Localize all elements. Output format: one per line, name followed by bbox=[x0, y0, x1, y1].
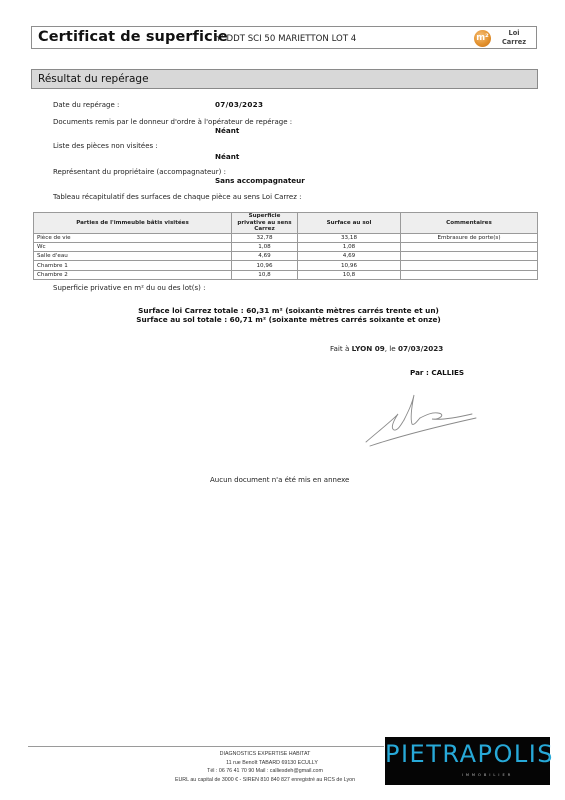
signature-icon bbox=[360, 390, 480, 450]
room-name: Chambre 2 bbox=[34, 270, 232, 279]
signature-place-date: Fait à LYON 09, le 07/03/2023 bbox=[330, 344, 443, 353]
comment-value: Embrasure de porte(s) bbox=[401, 233, 538, 242]
date-prefix: , le bbox=[385, 344, 398, 353]
header-sol: Surface au sol bbox=[298, 213, 401, 234]
certificate-number: n° DDT SCI 50 MARIETTON LOT 4 bbox=[214, 34, 356, 44]
logo-main-text: PIETRAPOLIS bbox=[385, 740, 550, 768]
footer-address: 11 rue Benoît TABARD 69130 ECULLY bbox=[150, 759, 380, 768]
table-row: Chambre 210,810,8 bbox=[34, 270, 538, 279]
footer-divider bbox=[28, 746, 384, 747]
room-name: Wc bbox=[34, 242, 232, 251]
badge-line-1: Loi bbox=[496, 29, 532, 38]
signer-name: Par : CALLIES bbox=[410, 368, 464, 377]
signature-city: LYON 09 bbox=[352, 344, 385, 353]
documents-label: Documents remis par le donneur d'ordre à… bbox=[53, 118, 292, 126]
table-header-row: Parties de l'immeuble bâtis visitées Sup… bbox=[34, 213, 538, 234]
room-name: Chambre 1 bbox=[34, 261, 232, 270]
carrez-value: 10,96 bbox=[232, 261, 298, 270]
document-title: Certificat de superficie bbox=[38, 29, 228, 45]
date-value: 07/03/2023 bbox=[215, 100, 263, 109]
sol-value: 10,96 bbox=[298, 261, 401, 270]
signature-date: 07/03/2023 bbox=[398, 344, 443, 353]
table-row: Pièce de vie32,7833,18Embrasure de porte… bbox=[34, 233, 538, 242]
footer-info: DIAGNOSTICS EXPERTISE HABITAT 11 rue Ben… bbox=[150, 750, 380, 784]
carrez-value: 10,8 bbox=[232, 270, 298, 279]
header-carrez: Superficie privative au sens Carrez bbox=[232, 213, 298, 234]
room-name: Pièce de vie bbox=[34, 233, 232, 242]
certificate-header: Certificat de superficie n° DDT SCI 50 M… bbox=[31, 26, 537, 49]
documents-value: Néant bbox=[215, 126, 239, 135]
badge-line-2: Carrez bbox=[496, 38, 532, 47]
sol-value: 4,69 bbox=[298, 252, 401, 261]
section-title: Résultat du repérage bbox=[38, 73, 149, 85]
non-visited-label: Liste des pièces non visitées : bbox=[53, 142, 158, 150]
date-label: Date du repérage : bbox=[53, 101, 119, 109]
header-commentaires: Commentaires bbox=[401, 213, 538, 234]
annex-note: Aucun document n'a été mis en annexe bbox=[210, 476, 349, 484]
non-visited-value: Néant bbox=[215, 152, 239, 161]
carrez-value: 1,08 bbox=[232, 242, 298, 251]
sol-value: 1,08 bbox=[298, 242, 401, 251]
representative-label: Représentant du propriétaire (accompagna… bbox=[53, 168, 226, 176]
representative-value: Sans accompagnateur bbox=[215, 176, 305, 185]
header-parties: Parties de l'immeuble bâtis visitées bbox=[34, 213, 232, 234]
table-row: Salle d'eau4,694,69 bbox=[34, 252, 538, 261]
footer-contact: Tél : 06 76 41 70 90 Mail : calliesdeh@g… bbox=[150, 767, 380, 776]
footer-legal: EURL au capital de 3000 € - SIREN 810 84… bbox=[150, 776, 380, 785]
sol-value: 33,18 bbox=[298, 233, 401, 242]
total-sol-wrap: Surface au sol totale : 60,71 m² (soixan… bbox=[0, 307, 565, 326]
pietrapolis-logo: PIETRAPOLIS IMMOBILIER bbox=[385, 737, 550, 785]
comment-value bbox=[401, 242, 538, 251]
table-row: Wc1,081,08 bbox=[34, 242, 538, 251]
m2-icon: m² bbox=[474, 30, 491, 47]
totals-label: Superficie privative en m² du ou des lot… bbox=[53, 284, 205, 292]
sol-value: 10,8 bbox=[298, 270, 401, 279]
fait-prefix: Fait à bbox=[330, 344, 352, 353]
footer-company: DIAGNOSTICS EXPERTISE HABITAT bbox=[150, 750, 380, 759]
carrez-value: 4,69 bbox=[232, 252, 298, 261]
table-intro: Tableau récapitulatif des surfaces de ch… bbox=[53, 193, 301, 201]
loi-carrez-badge: Loi Carrez bbox=[496, 29, 532, 46]
room-name: Salle d'eau bbox=[34, 252, 232, 261]
comment-value bbox=[401, 270, 538, 279]
logo-sub-text: IMMOBILIER bbox=[385, 773, 550, 777]
surfaces-table: Parties de l'immeuble bâtis visitées Sup… bbox=[33, 212, 538, 280]
section-header: Résultat du repérage bbox=[31, 69, 538, 89]
total-sol: Surface au sol totale : 60,71 m² (soixan… bbox=[136, 315, 440, 324]
table-row: Chambre 110,9610,96 bbox=[34, 261, 538, 270]
comment-value bbox=[401, 261, 538, 270]
comment-value bbox=[401, 252, 538, 261]
carrez-value: 32,78 bbox=[232, 233, 298, 242]
